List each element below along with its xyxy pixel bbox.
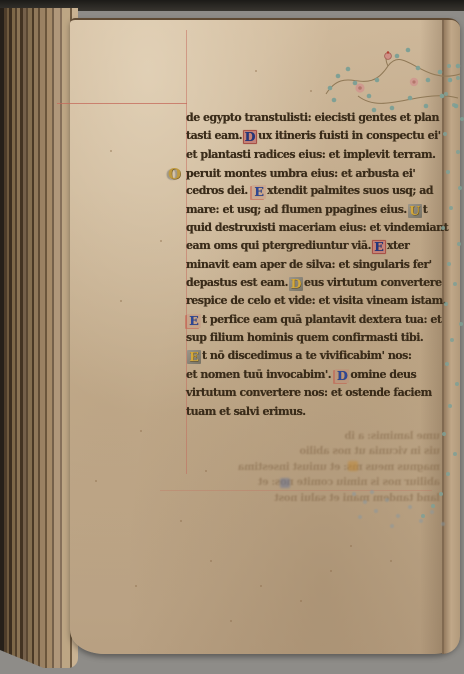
text-line: sup filium hominis quem confirmasti tibi… [186, 331, 438, 349]
line-text: omine deus [350, 368, 416, 381]
text-line: eam oms qui ptergrediuntur viā.Exter [186, 239, 438, 257]
margin-leaf-decoration [439, 492, 443, 496]
margin-leaf-decoration [448, 404, 452, 408]
margin-leaf-decoration [446, 472, 450, 476]
show-through-spray-dot [441, 522, 445, 526]
foxing-speck [160, 240, 162, 242]
floral-spray-decoration [322, 36, 464, 122]
manuscript-photo: { "colors": { "background_gray": "#8e8c8… [0, 0, 464, 674]
gothic-text-block: de egypto transtulisti: eiecisti gentes … [186, 111, 438, 423]
show-through-spray-dot [363, 500, 367, 504]
margin-leaf-decoration [446, 170, 450, 174]
line-text: respice de celo et vide: et visita vinea… [186, 294, 446, 307]
margin-leaf-decoration [444, 92, 448, 96]
text-line: Operuit montes umbra eius: et arbusta ei… [163, 166, 438, 184]
foxing-speck [120, 300, 122, 302]
margin-leaf-decoration [431, 504, 435, 508]
show-through-initial-blue [280, 478, 290, 488]
foxing-speck [210, 560, 212, 562]
margin-leaf-decoration [450, 338, 454, 342]
foxing-speck [95, 480, 97, 482]
margin-leaf-decoration [442, 432, 446, 436]
show-through-spray-dot [358, 515, 362, 519]
show-through-spray-dot [385, 498, 389, 502]
show-through-line: abiliur nos is nimiu comite nos: et [158, 475, 440, 490]
margin-leaf-decoration [456, 76, 460, 80]
text-line: mare: et usq; ad flumen ppagines eius.Ut [186, 203, 438, 221]
show-through-line: uis in vicunia ut nos abilio [158, 444, 440, 459]
show-through-spray-dot [352, 492, 356, 496]
foxing-speck [350, 545, 352, 547]
foxing-speck [110, 150, 112, 152]
show-through-spray-dot [374, 509, 378, 513]
margin-leaf-decoration [456, 150, 460, 154]
line-text: et nomen tuū invocabim'. [186, 368, 334, 381]
text-line: tuam et salvi erimus. [186, 405, 438, 423]
foxing-speck [180, 520, 182, 522]
text-line: tasti eam.Dux itineris fuisti in conspec… [186, 129, 438, 147]
show-through-spray-dot [430, 510, 434, 514]
margin-leaf-decoration [452, 103, 456, 107]
line-text: virtutum convertere nos: et ostende faci… [186, 386, 432, 399]
text-line: Et nō discedimus a te vivificabim' nos: [186, 349, 438, 367]
line-text: ux itineris fuisti in conspectu ei' [258, 129, 441, 142]
foxing-speck [140, 430, 142, 432]
foxing-speck [205, 470, 207, 472]
margin-leaf-decoration [449, 206, 453, 210]
margin-leaf-decoration [421, 514, 425, 518]
show-through-spray-dot [370, 490, 374, 494]
foxing-speck [390, 560, 392, 562]
foxing-speck [330, 570, 332, 572]
line-text: minavit eam aper de silva: et singularis… [186, 258, 432, 271]
foxing-speck [135, 585, 137, 587]
show-through-line: land tandem mani et salui nost [158, 491, 440, 506]
margin-leaf-decoration [457, 242, 461, 246]
illuminated-initial: D [243, 130, 257, 144]
illuminated-initial: D [335, 369, 349, 383]
text-line: virtutum convertere nos: et ostende faci… [186, 386, 438, 404]
line-text: t nō discedimus a te vivificabim' nos: [202, 349, 411, 362]
text-line: Et perfice eam quā plantavit dextera tua… [186, 313, 438, 331]
show-through-line: ume lamimis: a ib [158, 429, 440, 444]
show-through-spray-dot [408, 505, 412, 509]
illuminated-initial: E [252, 185, 266, 199]
foxing-speck [310, 90, 312, 92]
text-line: cedros dei. Extendit palmites suos usq; … [186, 184, 438, 202]
line-text: sup filium hominis quem confirmasti tibi… [186, 331, 423, 344]
show-through-line: magnus meus ms: et uniust insestima [158, 460, 440, 475]
text-line: et nomen tuū invocabim'. Domine deus [186, 368, 438, 386]
line-text: et plantasti radices eius: et implevit t… [186, 148, 436, 161]
illuminated-initial: U [408, 204, 422, 218]
foxing-speck [300, 600, 302, 602]
margin-leaf-decoration [458, 186, 462, 190]
line-text: cedros dei. [186, 184, 251, 197]
text-line: quid destruxisti maceriam eius: et vinde… [186, 221, 438, 239]
line-text: t [423, 203, 428, 216]
ruling-line-horizontal [57, 103, 187, 104]
show-through-spray-dot [396, 514, 400, 518]
margin-leaf-decoration [443, 132, 447, 136]
line-text: t perfice eam quā plantavit dextera tua:… [202, 313, 442, 326]
foxing-speck [255, 70, 257, 72]
line-text: mare: et usq; ad flumen ppagines eius. [186, 203, 407, 216]
foxing-speck [230, 620, 232, 622]
margin-leaf-decoration [455, 382, 459, 386]
illuminated-initial: E [372, 240, 386, 254]
show-through-spray-dot [419, 519, 423, 523]
line-text: eus virtutum convertere [304, 276, 442, 289]
margin-leaf-decoration [453, 282, 457, 286]
text-line: minavit eam aper de silva: et singularis… [186, 258, 438, 276]
illuminated-initial: E [187, 350, 201, 364]
margin-leaf-decoration [459, 322, 463, 326]
foxing-speck [260, 585, 262, 587]
margin-leaf-decoration [447, 64, 451, 68]
margin-leaf-decoration [447, 262, 451, 266]
line-text: tasti eam. [186, 129, 242, 142]
flower-buds [355, 51, 418, 92]
line-text: peruit montes umbra eius: et arbusta ei' [186, 167, 415, 180]
line-text: depastus est eam. [186, 276, 288, 289]
margin-leaf-decoration [453, 452, 457, 456]
margin-leaf-decoration [441, 226, 445, 230]
line-text: tuam et salvi erimus. [186, 405, 306, 418]
line-text: quid destruxisti maceriam eius: et vinde… [186, 221, 448, 234]
margin-leaf-decoration [460, 117, 464, 121]
illuminated-initial: D [289, 277, 303, 291]
margin-leaf-decoration [444, 302, 448, 306]
line-text: xtendit palmites suos usq; ad [267, 184, 433, 197]
illuminated-initial: O [164, 166, 185, 182]
show-through-spray-dot [390, 524, 394, 528]
show-through-initial-gold [348, 461, 358, 471]
margin-leaf-decoration [445, 362, 449, 366]
line-text: xter [387, 239, 409, 252]
text-line: respice de celo et vide: et visita vinea… [186, 294, 438, 312]
book-spine-page-edges [0, 8, 78, 668]
line-text: eam oms qui ptergrediuntur viā. [186, 239, 371, 252]
illuminated-initial: E [187, 314, 201, 328]
text-line: depastus est eam.Deus virtutum converter… [186, 276, 438, 294]
show-through-text: ume lamimis: a ibuis in vicunia ut nos a… [158, 429, 440, 506]
text-line: et plantasti radices eius: et implevit t… [186, 148, 438, 166]
